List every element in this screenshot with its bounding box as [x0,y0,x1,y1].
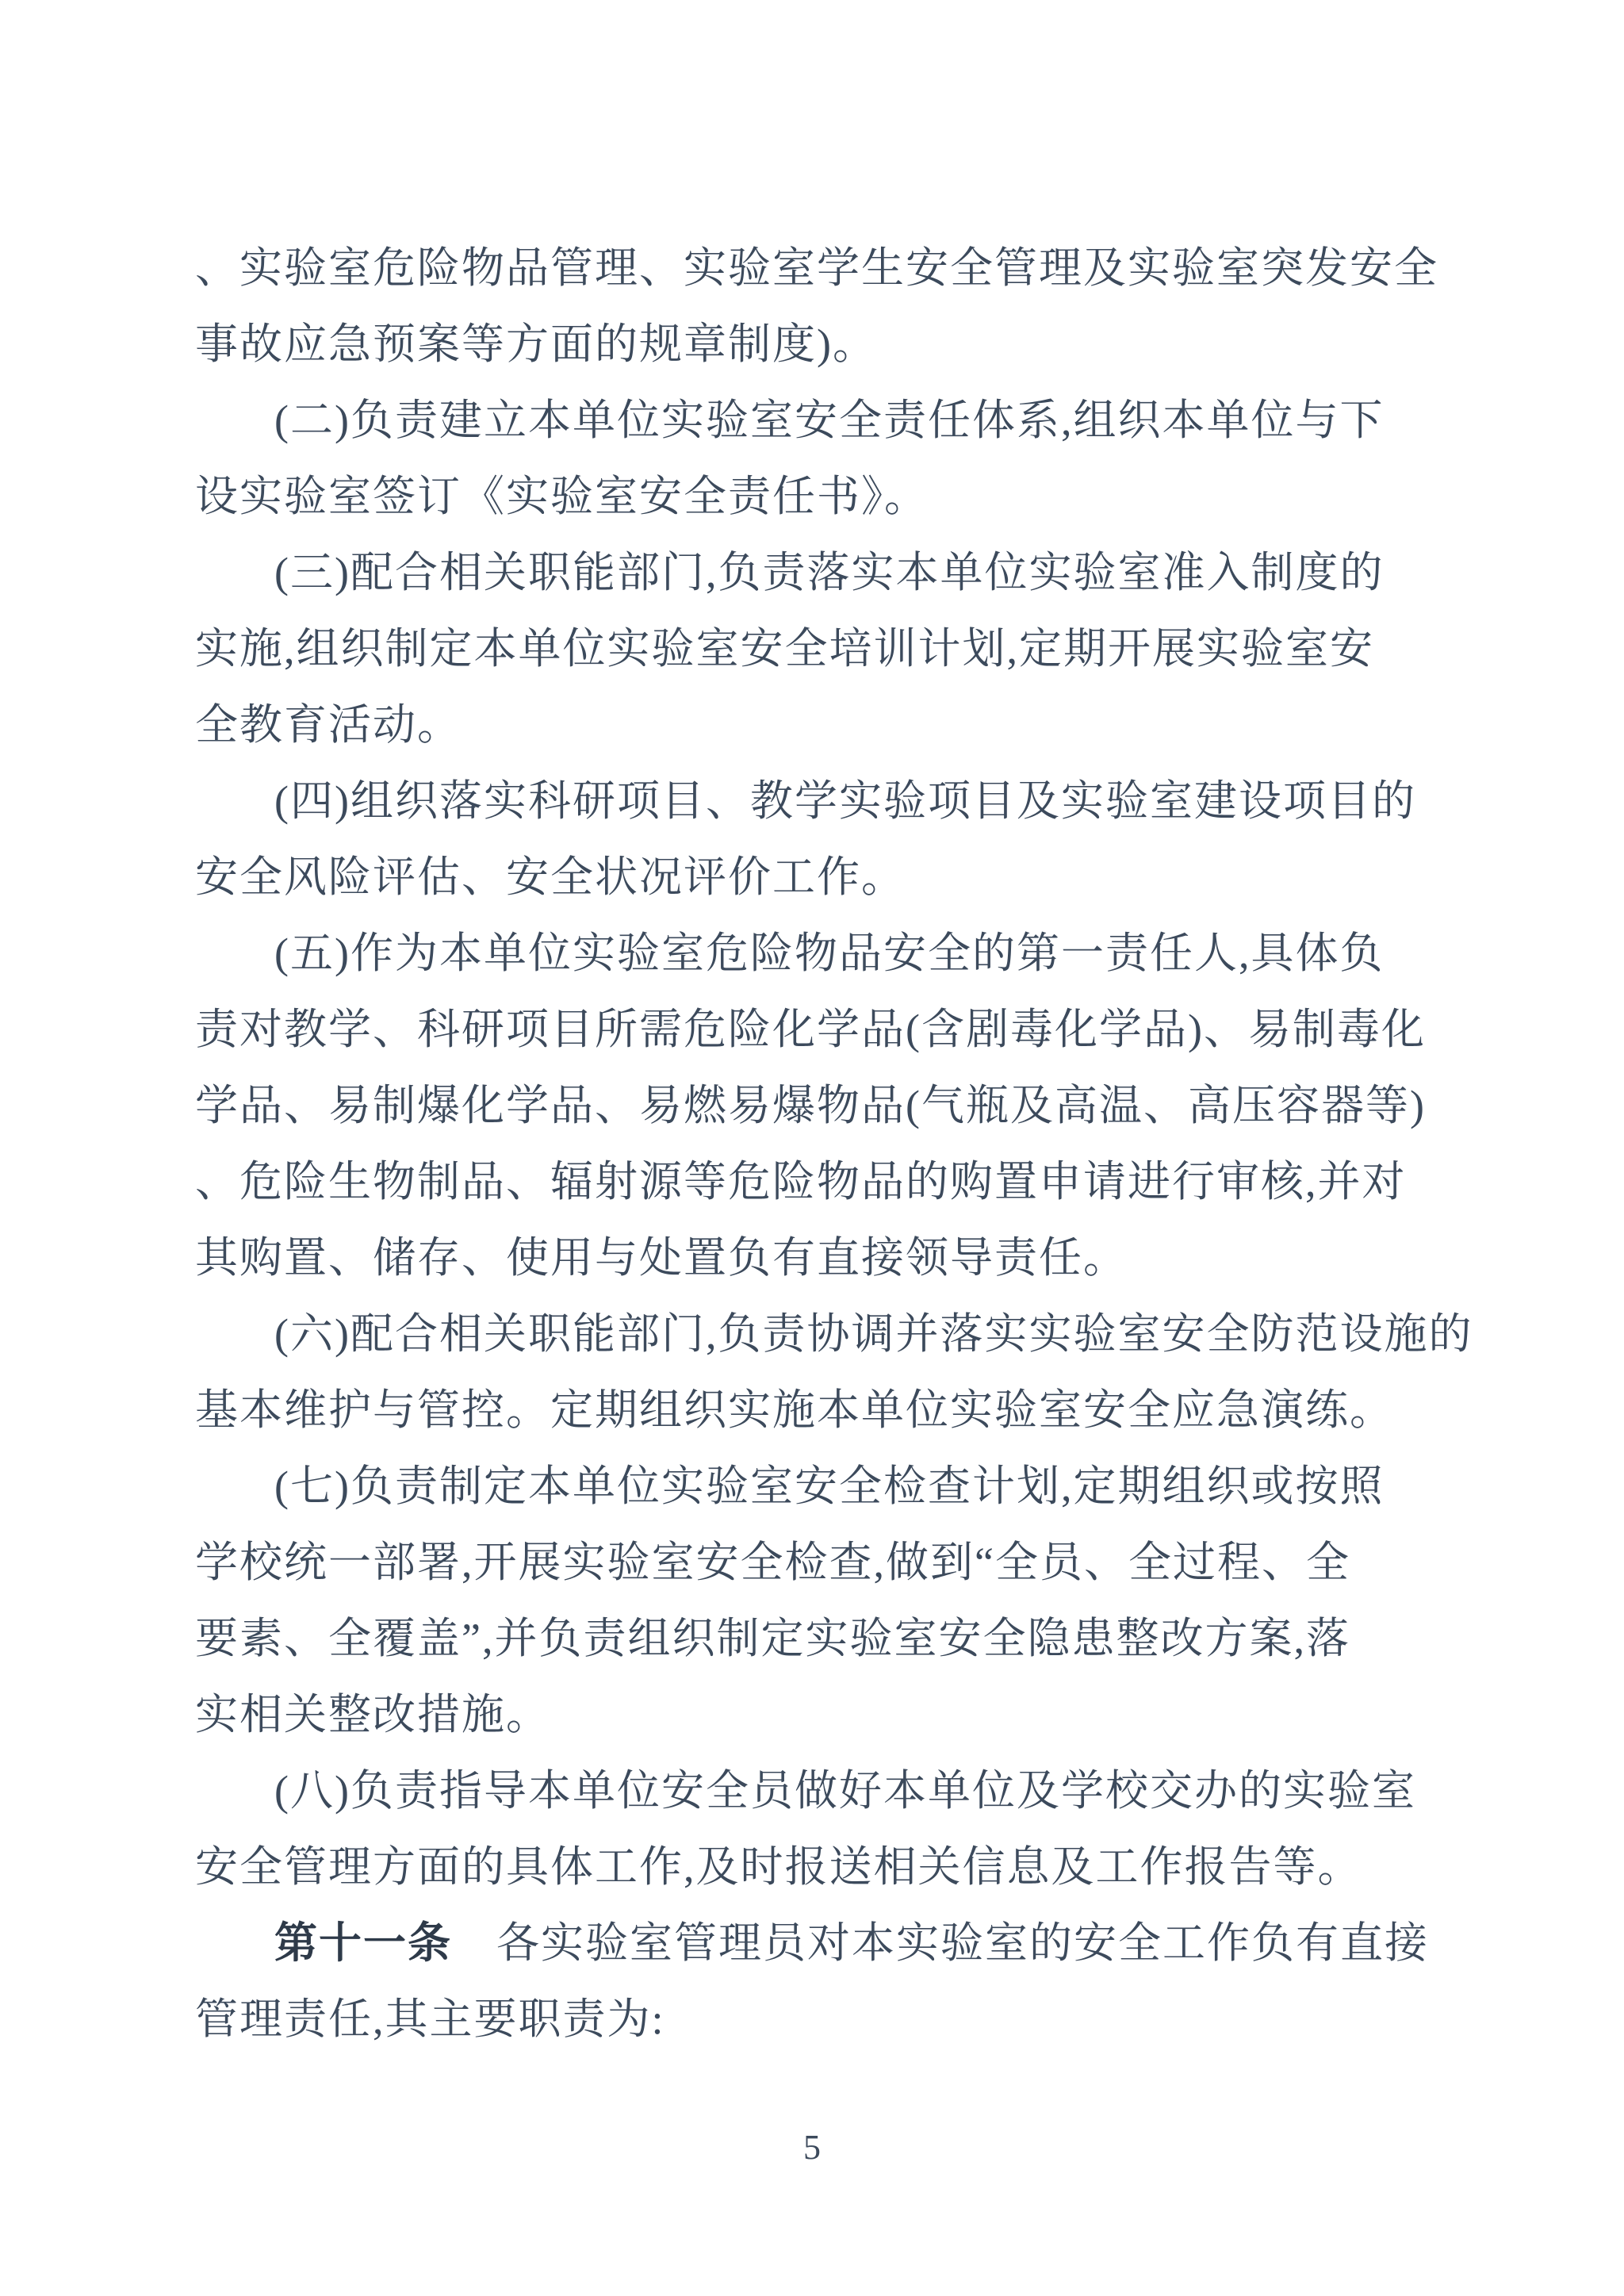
text-segment: (八)负责指导本单位安全员做好本单位及学校交办的实验室 [274,1767,1416,1815]
text-segment: 安全风险评估、安全状况评价工作。 [195,853,906,901]
text-line: (五)作为本单位实验室危险物品安全的第一责任人,具体负 [195,915,1451,991]
text-line: 其购置、储存、使用与处置负有直接领导责任。 [195,1220,1451,1296]
text-line: 、实验室危险物品管理、实验室学生安全管理及实验室突发安全 [195,230,1451,306]
text-segment: (七)负责制定本单位实验室安全检查计划,定期组织或按照 [274,1462,1384,1510]
document-page: 、实验室危险物品管理、实验室学生安全管理及实验室突发安全事故应急预案等方面的规章… [0,0,1624,2296]
text-line: 设实验室签订《实验室安全责任书》。 [195,458,1451,535]
text-line: (八)负责指导本单位安全员做好本单位及学校交办的实验室 [195,1753,1451,1829]
text-line: 安全风险评估、安全状况评价工作。 [195,839,1451,915]
text-line: (四)组织落实科研项目、教学实验项目及实验室建设项目的 [195,763,1451,839]
text-line: 学校统一部署,开展实验室安全检查,做到“全员、全过程、全 [195,1524,1451,1600]
text-segment: 基本维护与管控。定期组织实施本单位实验室安全应急演练。 [195,1386,1394,1434]
text-segment: 设实验室签订《实验室安全责任书》。 [195,473,929,520]
text-line: 、危险生物制品、辐射源等危险物品的购置申请进行审核,并对 [195,1144,1451,1220]
text-line: (七)负责制定本单位实验室安全检查计划,定期组织或按照 [195,1448,1451,1524]
text-segment: (三)配合相关职能部门,负责落实本单位实验室准入制度的 [274,549,1384,596]
text-line: 要素、全覆盖”,并负责组织制定实验室安全隐患整改方案,落 [195,1600,1451,1677]
text-line: 全教育活动。 [195,687,1451,763]
text-segment: 学品、易制爆化学品、易燃易爆物品(气瓶及高温、高压容器等) [195,1082,1426,1129]
text-line: (二)负责建立本单位实验室安全责任体系,组织本单位与下 [195,382,1451,458]
text-segment: (五)作为本单位实验室危险物品安全的第一责任人,具体负 [274,930,1384,977]
article-number: 第十一条 [274,1919,452,1967]
text-segment: 事故应急预案等方面的规章制度)。 [195,320,877,368]
document-body: 、实验室危险物品管理、实验室学生安全管理及实验室突发安全事故应急预案等方面的规章… [195,230,1451,2057]
text-segment: 各实验室管理员对本实验室的安全工作负有直接 [452,1919,1429,1967]
text-line: (三)配合相关职能部门,负责落实本单位实验室准入制度的 [195,535,1451,611]
text-segment: 、实验室危险物品管理、实验室学生安全管理及实验室突发安全 [195,244,1438,292]
text-line: 基本维护与管控。定期组织实施本单位实验室安全应急演练。 [195,1372,1451,1448]
text-segment: 全教育活动。 [195,701,462,749]
page-number: 5 [0,2125,1624,2170]
text-segment: 要素、全覆盖”,并负责组织制定实验室安全隐患整改方案,落 [195,1615,1350,1662]
text-line: 第十一条 各实验室管理员对本实验室的安全工作负有直接 [195,1905,1451,1981]
text-segment: 责对教学、科研项目所需危险化学品(含剧毒化学品)、易制毒化 [195,1006,1426,1053]
text-line: 管理责任,其主要职责为: [195,1981,1451,2057]
text-line: 安全管理方面的具体工作,及时报送相关信息及工作报告等。 [195,1829,1451,1905]
text-segment: 其购置、储存、使用与处置负有直接领导责任。 [195,1234,1128,1282]
text-segment: 实相关整改措施。 [195,1691,550,1738]
text-segment: 安全管理方面的具体工作,及时报送相关信息及工作报告等。 [195,1843,1362,1891]
text-line: 事故应急预案等方面的规章制度)。 [195,306,1451,382]
text-segment: (六)配合相关职能部门,负责协调并落实实验室安全防范设施的 [274,1310,1473,1358]
text-line: 实施,组织制定本单位实验室安全培训计划,定期开展实验室安 [195,611,1451,687]
text-line: 学品、易制爆化学品、易燃易爆物品(气瓶及高温、高压容器等) [195,1068,1451,1144]
text-segment: (二)负责建立本单位实验室安全责任体系,组织本单位与下 [274,397,1384,444]
text-line: 责对教学、科研项目所需危险化学品(含剧毒化学品)、易制毒化 [195,991,1451,1068]
text-line: 实相关整改措施。 [195,1677,1451,1753]
text-segment: 管理责任,其主要职责为: [195,1995,665,2043]
text-line: (六)配合相关职能部门,负责协调并落实实验室安全防范设施的 [195,1296,1451,1372]
text-segment: 学校统一部署,开展实验室安全检查,做到“全员、全过程、全 [195,1539,1350,1586]
text-segment: 实施,组织制定本单位实验室安全培训计划,定期开展实验室安 [195,625,1374,673]
text-segment: 、危险生物制品、辐射源等危险物品的购置申请进行审核,并对 [195,1158,1407,1205]
text-segment: (四)组织落实科研项目、教学实验项目及实验室建设项目的 [274,777,1416,825]
